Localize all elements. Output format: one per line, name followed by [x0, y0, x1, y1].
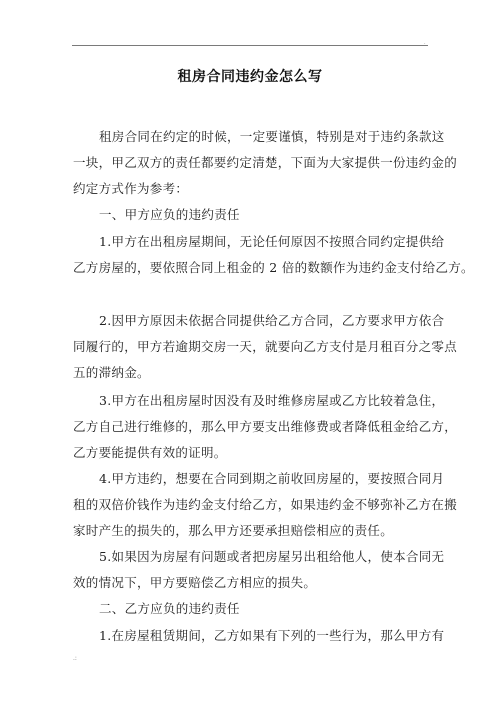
text-line: 1.甲方在出租房屋期间，无论任何原因不按照合同约定提供给 [99, 232, 444, 250]
header-mark: . [424, 40, 426, 46]
text-line: 五的滞纳金。 [73, 363, 150, 381]
text-line: 3.甲方在出租房屋时因没有及时维修房屋或乙方比较着急住， [99, 391, 444, 409]
text-line: 效的情况下，甲方要赔偿乙方相应的损失。 [73, 573, 316, 591]
text-line: 一、甲方应负的违约责任 [99, 205, 240, 223]
text-line: 5.如果因为房屋有问题或者把房屋另出租给他人，使本合同无 [99, 547, 444, 565]
text-line: 1.在房屋租赁期间，乙方如果有下列的一些行为，那么甲方有 [99, 626, 444, 644]
text-line: 二、乙方应负的违约责任 [99, 599, 240, 617]
text-line: 乙方房屋的，要依照合同上租金的 2 倍的数额作为违约金支付给乙方。 [73, 258, 474, 276]
text-line: 约定方式作为参考： [73, 179, 188, 197]
text-line: 4.甲方违约，想要在合同到期之前收回房屋的，要按照合同月 [99, 469, 444, 487]
footer-mark: .: [73, 656, 77, 662]
text-line: 家时产生的损失的，那么甲方还要承担赔偿相应的责任。 [73, 521, 393, 539]
text-line: 乙方要能提供有效的证明。 [73, 443, 227, 461]
text-line: 2.因甲方原因未依据合同提供给乙方合同，乙方要求甲方依合 [99, 311, 444, 329]
text-line: 乙方自己进行维修的，那么甲方要支出维修费或者降低租金给乙方， [73, 417, 457, 435]
text-line: 同履行的，甲方若逾期交房一天，就要向乙方支付是月租百分之零点 [73, 337, 457, 355]
header-rule [72, 45, 428, 46]
text-line: 租的双倍价钱作为违约金支付给乙方，如果违约金不够弥补乙方在搬 [73, 495, 457, 513]
text-line: 一块，甲乙双方的责任都要约定清楚，下面为大家提供一份违约金的 [73, 153, 457, 171]
document-title: 租房合同违约金怎么写 [0, 66, 500, 86]
text-line: 租房合同在约定的时候，一定要谨慎，特别是对于违约条款这 [99, 127, 445, 145]
